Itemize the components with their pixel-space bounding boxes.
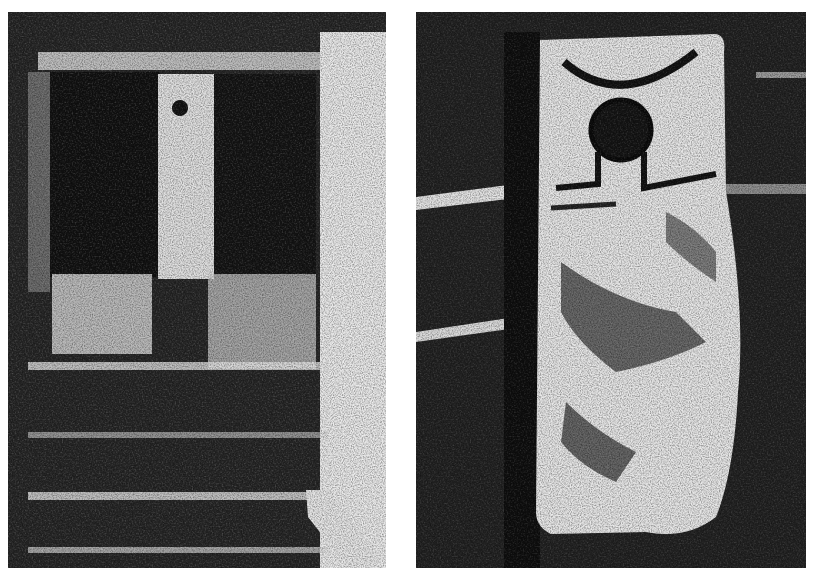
- stele-illustration: [416, 12, 806, 568]
- photo-right-stele: [416, 12, 806, 568]
- photo-left-niche: [8, 12, 386, 568]
- niche-illustration: [8, 12, 386, 568]
